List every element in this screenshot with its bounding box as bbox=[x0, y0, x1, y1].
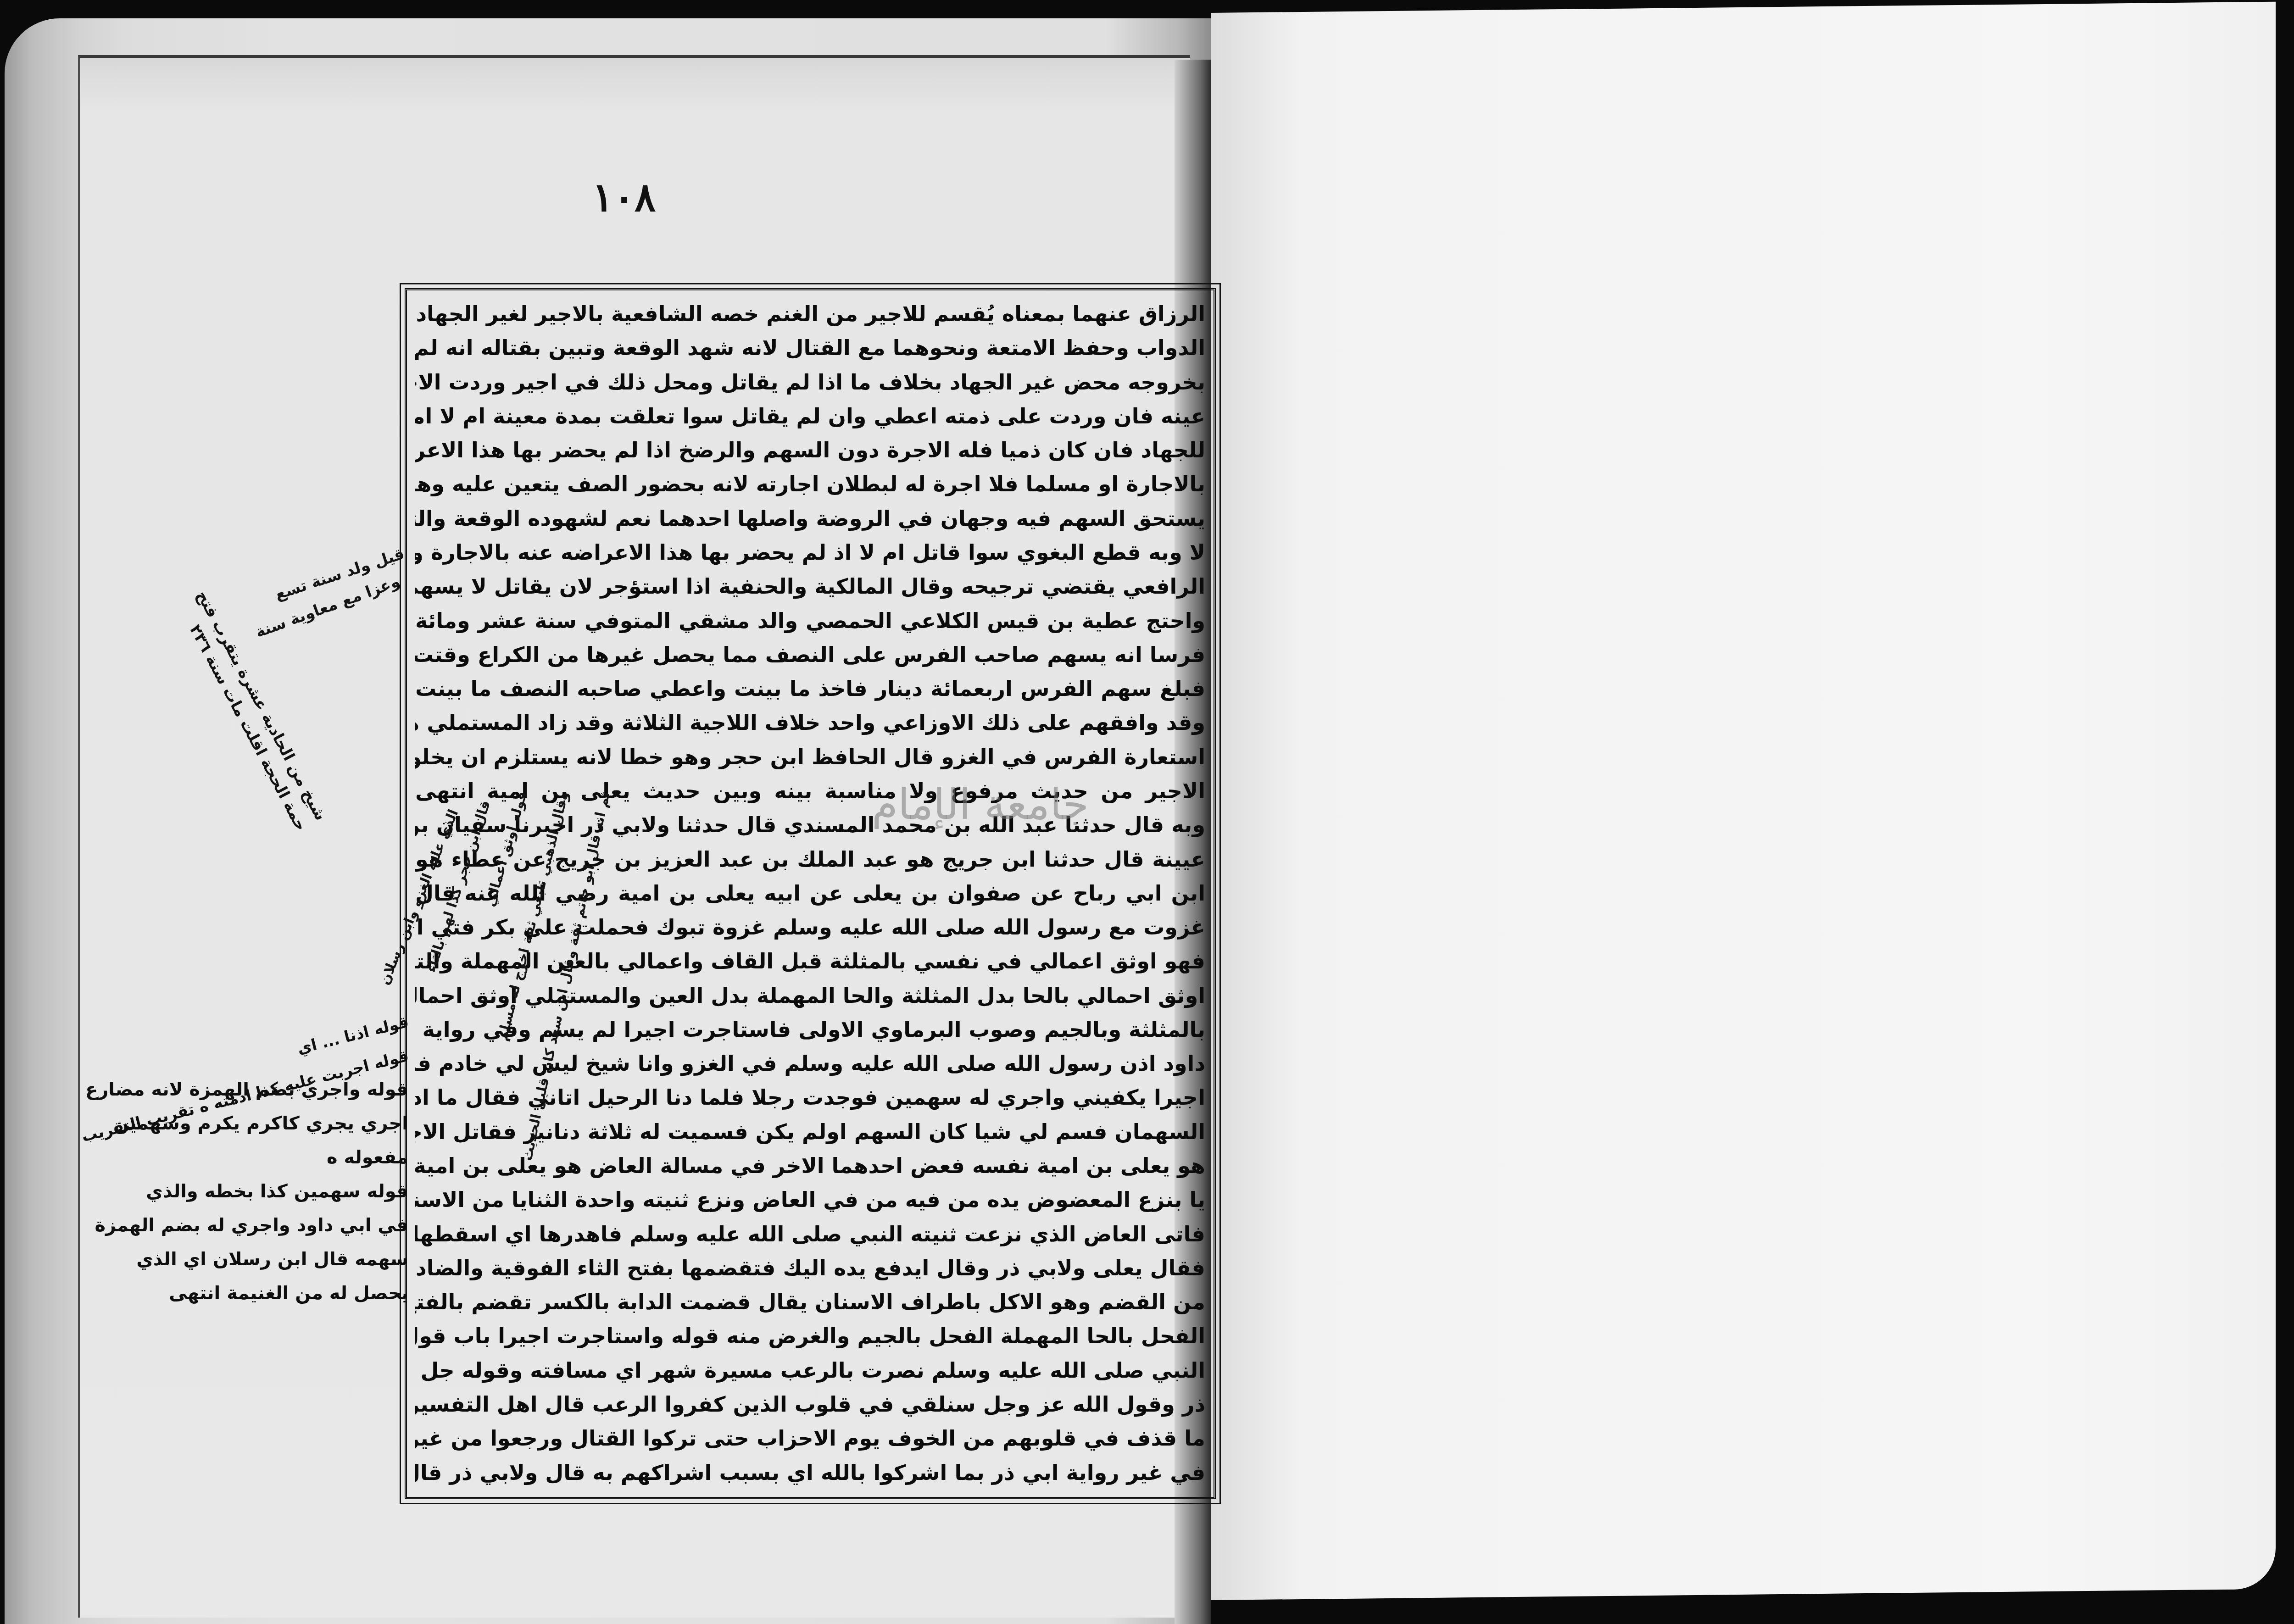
manuscript-text-line: الرافعي يقتضي ترجيحه وقال المالكية والحن… bbox=[415, 569, 1205, 603]
manuscript-text-line: واحتج عطية بن قيس الكلاعي الحمصي والد مش… bbox=[415, 604, 1205, 638]
manuscript-text-line: يستحق السهم فيه وجهان في الروضة واصلها ا… bbox=[415, 501, 1205, 535]
page-number: ١٠٨ bbox=[573, 174, 674, 225]
manuscript-text-line: بخروجه محض غير الجهاد بخلاف ما اذا لم يق… bbox=[415, 365, 1205, 399]
manuscript-text-line: استعارة الفرس في الغزو قال الحافظ ابن حج… bbox=[415, 740, 1205, 774]
manuscript-text-line: الرزاق عنهما بمعناه يُقسم للاجير من الغن… bbox=[415, 297, 1205, 331]
margin-note-line: يحصل له من الغنيمة انتهى bbox=[115, 1276, 408, 1310]
manuscript-text-line: الدواب وحفظ الامتعة ونحوهما مع القتال لا… bbox=[415, 331, 1205, 365]
manuscript-text-line: وبه قال حدثنا عبد الله بن محمد المسندي ق… bbox=[415, 808, 1205, 842]
manuscript-text-line: من القضم وهو الاكل باطراف الاسنان يقال ق… bbox=[415, 1285, 1205, 1319]
right-blank-page bbox=[1211, 2, 2276, 1600]
manuscript-text-line: فبلغ سهم الفرس اربعمائة دينار فاخذ ما بي… bbox=[415, 672, 1205, 706]
margin-note-line: سهمه قال ابن رسلان اي الذي bbox=[115, 1242, 408, 1276]
manuscript-text-line: لا وبه قطع البغوي سوا قاتل ام لا اذ لم ي… bbox=[415, 535, 1205, 569]
manuscript-text-line: بالاجارة او مسلما فلا اجرة له لبطلان اجا… bbox=[415, 467, 1205, 501]
margin-note-line: قوله سهمين كذا بخطه والذي bbox=[115, 1174, 408, 1208]
manuscript-text-line: النبي صلى الله عليه وسلم نصرت بالرعب مسي… bbox=[415, 1353, 1205, 1387]
manuscript-text-line: فرسا انه يسهم صاحب الفرس على النصف مما ي… bbox=[415, 638, 1205, 672]
manuscript-text-line: يا بنزع المعضوض يده من فيه من في العاض و… bbox=[415, 1183, 1205, 1217]
manuscript-text-line: بالمثلثة وبالجيم وصوب البرماوي الاولى فا… bbox=[415, 1012, 1205, 1046]
manuscript-text-line: الاجير من حديث مرفوع ولا مناسبة بينه وبي… bbox=[415, 774, 1205, 808]
margin-note-line: في ابي داود واجري له بضم الهمزة bbox=[115, 1208, 408, 1242]
manuscript-text-line: في غير رواية ابي ذر بما اشركوا بالله اي … bbox=[415, 1456, 1205, 1490]
manuscript-text-line: الفحل بالحا المهملة الفحل بالجيم والغرض … bbox=[415, 1319, 1205, 1353]
manuscript-text-line: اوثق احمالي بالحا بدل المثلثة والحا المه… bbox=[415, 979, 1205, 1012]
manuscript-text-line: وقد وافقهم على ذلك الاوزاعي واحد خلاف ال… bbox=[415, 706, 1205, 740]
manuscript-text-line: عينه فان وردت على ذمته اعطي وان لم يقاتل… bbox=[415, 399, 1205, 433]
manuscript-text-line: ذر وقول الله عز وجل سنلقي في قلوب الذين … bbox=[415, 1387, 1205, 1421]
margin-note-line: مفعوله ه bbox=[115, 1140, 408, 1174]
margin-note-fan: قيل ولد سنة تسع وعزا مع معاوية سنة ثم ان… bbox=[156, 541, 413, 1028]
manuscript-text-line: للجهاد فان كان ذميا فله الاجرة دون السهم… bbox=[415, 433, 1205, 467]
manuscript-text-line: ما قذف في قلوبهم من الخوف يوم الاحزاب حت… bbox=[415, 1421, 1205, 1455]
margin-notes-lower: قوله اذنا ... اي قوله اجربت عليه كذا ادم… bbox=[115, 1005, 408, 1408]
manuscript-text-line: فقال يعلى ولابي ذر وقال ايدفع يده اليك ف… bbox=[415, 1251, 1205, 1285]
manuscript-text-line: فاتى العاض الذي نزعت ثنيته النبي صلى الل… bbox=[415, 1217, 1205, 1251]
